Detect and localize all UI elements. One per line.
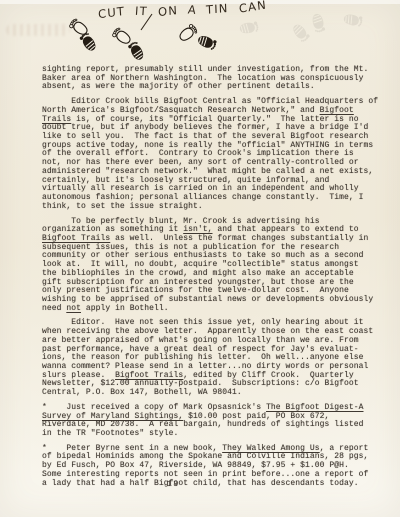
- page-number: 13: [167, 480, 180, 489]
- footprint-icon: [197, 34, 218, 50]
- footprint-icon: [178, 23, 199, 43]
- text-line: think, to set the issue straight.: [42, 203, 374, 212]
- bleed-through-footprints: [239, 13, 363, 43]
- footprint-icon: [112, 27, 133, 46]
- text-line: Central, P.O. Box 147, Bothell, WA 98041…: [42, 389, 374, 398]
- paragraph: sighting report, presumably still under …: [42, 66, 374, 92]
- text-line: in the TR "Footnotes" style.: [42, 430, 374, 439]
- paragraph: To be perfectly blunt, Mr. Crook is adve…: [42, 218, 374, 314]
- paragraph: * Peter Byrne sent in a new book, They W…: [42, 445, 374, 489]
- text-line: absent, as were the majority of other pe…: [42, 83, 374, 92]
- annotation-arrow-line: [141, 14, 152, 30]
- document-body: sighting report, presumably still under …: [42, 66, 374, 494]
- scanned-document-page: CUT IT ON A TIN CAN: [0, 0, 400, 517]
- text-line: need not apply in Bothell.: [42, 305, 374, 314]
- paragraph: Editor Crook bills Bigfoot Central as "O…: [42, 98, 374, 211]
- footprint-icon: [127, 40, 145, 61]
- footprints-illustration: [0, 0, 400, 70]
- paragraph: Editor. Have not seen this issue yet, on…: [42, 319, 374, 397]
- paragraph: * Just received a copy of Mark Opsasnick…: [42, 404, 374, 439]
- text-line: a lady that had a half Bigfoot child, th…: [42, 480, 374, 489]
